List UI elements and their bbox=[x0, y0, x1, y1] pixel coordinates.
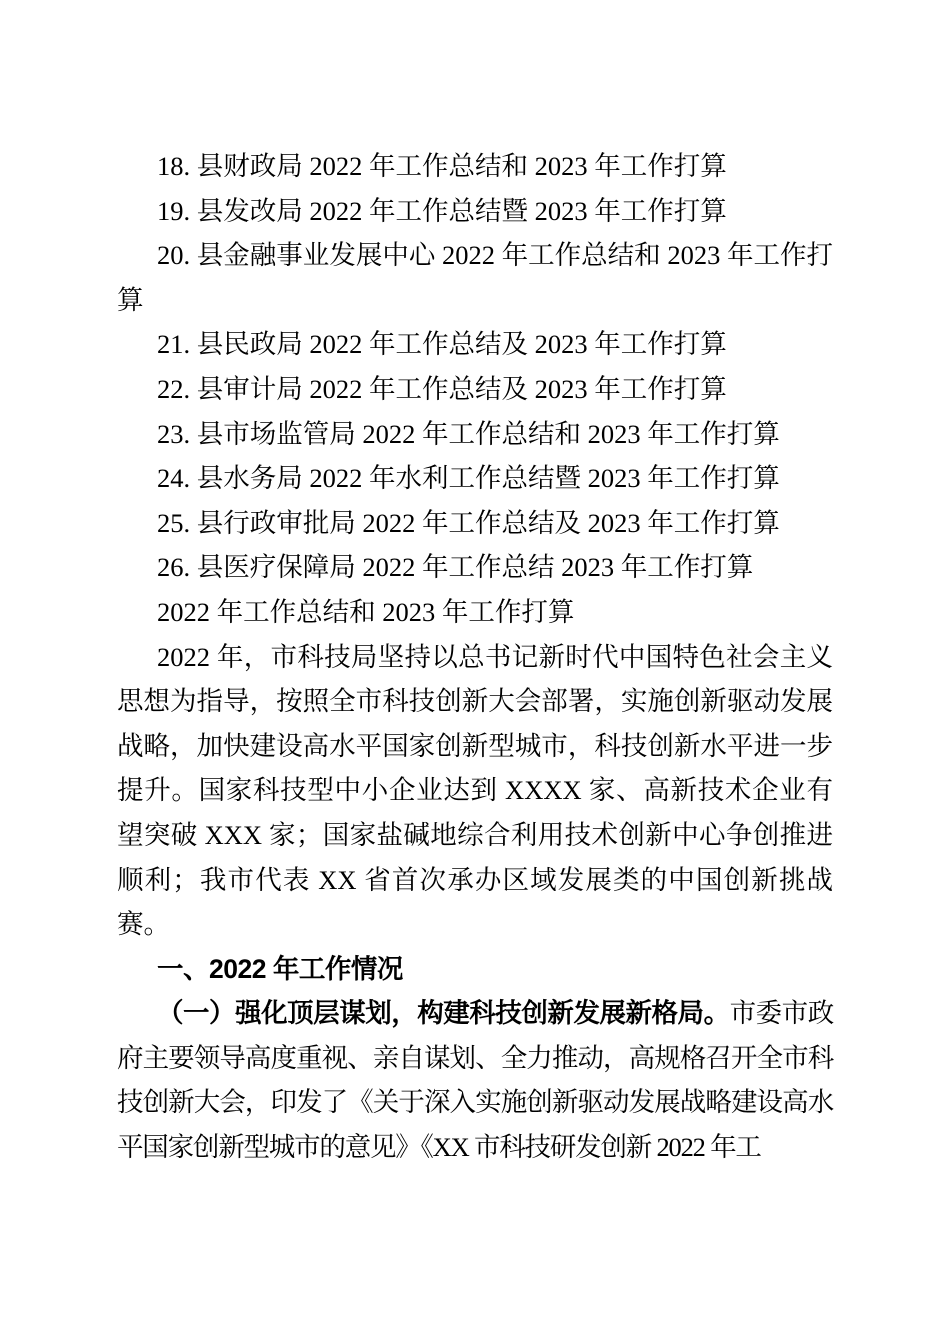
list-item-22: 22. 县审计局 2022 年工作总结及 2023 年工作打算 bbox=[117, 367, 833, 412]
list-item-24: 24. 县水务局 2022 年水利工作总结暨 2023 年工作打算 bbox=[117, 456, 833, 501]
subsection-lead: （一）强化顶层谋划，构建科技创新发展新格局。 bbox=[157, 998, 730, 1028]
report-title: 2022 年工作总结和 2023 年工作打算 bbox=[117, 590, 833, 635]
section-heading: 一、2022 年工作情况 bbox=[117, 947, 833, 992]
list-item-20: 20. 县金融事业发展中心 2022 年工作总结和 2023 年工作打算 bbox=[117, 233, 833, 322]
document-content: 18. 县财政局 2022 年工作总结和 2023 年工作打算 19. 县发改局… bbox=[117, 144, 833, 1170]
list-item-26: 26. 县医疗保障局 2022 年工作总结 2023 年工作打算 bbox=[117, 545, 833, 590]
list-item-19: 19. 县发改局 2022 年工作总结暨 2023 年工作打算 bbox=[117, 189, 833, 234]
subsection-paragraph: （一）强化顶层谋划，构建科技创新发展新格局。市委市政府主要领导高度重视、亲自谋划… bbox=[117, 991, 833, 1169]
document-page: 18. 县财政局 2022 年工作总结和 2023 年工作打算 19. 县发改局… bbox=[0, 0, 950, 1344]
list-item-18: 18. 县财政局 2022 年工作总结和 2023 年工作打算 bbox=[117, 144, 833, 189]
list-item-25: 25. 县行政审批局 2022 年工作总结及 2023 年工作打算 bbox=[117, 501, 833, 546]
list-item-21: 21. 县民政局 2022 年工作总结及 2023 年工作打算 bbox=[117, 322, 833, 367]
intro-paragraph: 2022 年，市科技局坚持以总书记新时代中国特色社会主义思想为指导，按照全市科技… bbox=[117, 635, 833, 947]
list-item-23: 23. 县市场监管局 2022 年工作总结和 2023 年工作打算 bbox=[117, 412, 833, 457]
